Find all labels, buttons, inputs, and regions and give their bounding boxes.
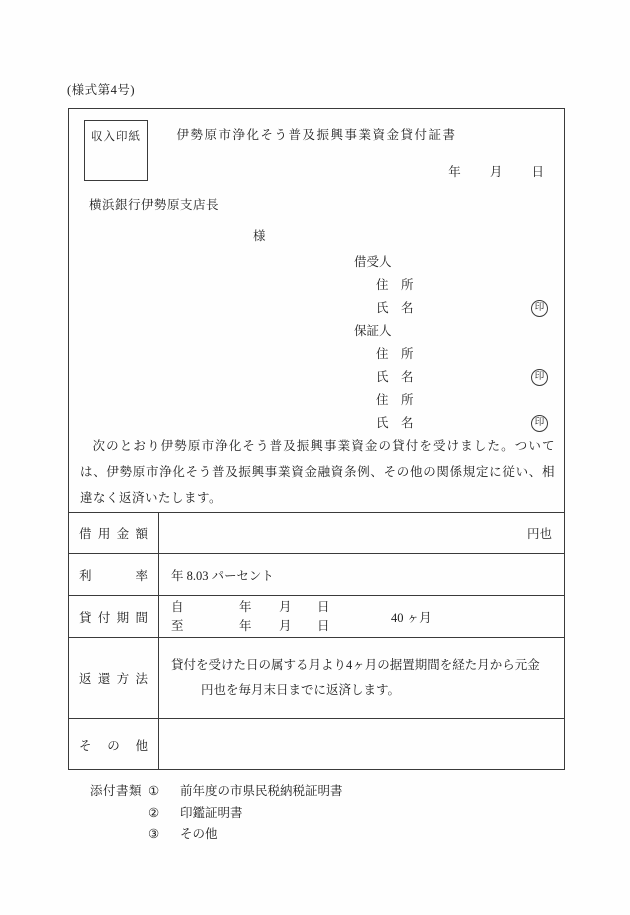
period-to-label: 至 — [171, 617, 239, 636]
document-page: (様式第4号) 収入印紙 伊勢原市浄化そう普及振興事業資金貸付証書 年 月 日 … — [0, 0, 630, 915]
other-value-cell — [159, 719, 564, 770]
method-label: 返 還 方 法 — [79, 669, 148, 687]
period-year-label: 年 — [239, 617, 279, 636]
date-line: 年 月 日 — [448, 162, 544, 180]
certificate-border-box: 収入印紙 伊勢原市浄化そう普及振興事業資金貸付証書 年 月 日 横浜銀行伊勢原支… — [68, 108, 565, 770]
borrower-address-row: 住 所 — [354, 274, 554, 297]
guarantor2-name-row: 氏 名 印 — [354, 412, 554, 435]
period-to-line: 至年月日 — [171, 617, 330, 636]
other-label: そ の 他 — [79, 736, 148, 754]
rate-label: 利 率 — [79, 566, 148, 584]
table-row-method: 返 還 方 法 貸付を受けた日の属する月より4ヶ月の据置期間を経た月から元金 円… — [69, 637, 564, 718]
seal-icon: 印 — [531, 415, 548, 432]
other-label-cell: そ の 他 — [69, 719, 159, 770]
guarantor2-address-row: 住 所 — [354, 389, 554, 412]
guarantor-label: 保証人 — [354, 320, 554, 343]
rate-value: 年 8.03 パーセント — [171, 566, 274, 584]
attachment-number: ② — [148, 803, 180, 825]
period-month-label: 月 — [279, 598, 317, 617]
attachment-item: 添付書類①前年度の市県民税納税証明書 — [90, 781, 343, 803]
guarantor1-name-row: 氏 名 印 — [354, 366, 554, 389]
period-day-label: 日 — [317, 617, 330, 636]
period-day-label: 日 — [317, 598, 330, 617]
address-label: 住 所 — [376, 278, 414, 292]
period-dates: 自年月日 至年月日 — [171, 598, 330, 636]
addressee-name: 横浜銀行伊勢原支店長 — [89, 195, 219, 213]
attachment-number: ① — [148, 781, 180, 803]
attachments-list: 添付書類①前年度の市県民税納税証明書 ②印鑑証明書 ③その他 — [90, 781, 343, 846]
borrower-name-row: 氏 名 印 — [354, 297, 554, 320]
attachment-number: ③ — [148, 824, 180, 846]
period-value-cell: 自年月日 至年月日 40 ヶ月 — [159, 596, 564, 637]
amount-value-cell: 円也 — [159, 513, 564, 553]
method-value-cell: 貸付を受けた日の属する月より4ヶ月の据置期間を経た月から元金 円也を毎月末日まで… — [159, 638, 564, 718]
period-duration: 40 ヶ月 — [391, 596, 432, 637]
amount-label: 借 用 金 額 — [79, 524, 148, 542]
loan-terms-table: 借 用 金 額 円也 利 率 年 8.03 パーセント 貸 付 期 間 — [69, 512, 564, 770]
period-from-label: 自 — [171, 598, 239, 617]
date-month-label: 月 — [490, 165, 503, 179]
addressee-honorific: 様 — [253, 226, 266, 244]
attachment-item: ③その他 — [90, 824, 343, 846]
period-from-line: 自年月日 — [171, 598, 330, 617]
period-year-label: 年 — [239, 598, 279, 617]
table-row-other: そ の 他 — [69, 718, 564, 770]
rate-label-cell: 利 率 — [69, 554, 159, 595]
borrower-label: 借受人 — [354, 251, 554, 274]
form-number: (様式第4号) — [67, 80, 135, 98]
method-line1: 貸付を受けた日の属する月より4ヶ月の据置期間を経た月から元金 — [171, 653, 540, 678]
name-label: 氏 名 — [376, 416, 414, 430]
period-label: 貸 付 期 間 — [79, 608, 148, 626]
attachment-text: 前年度の市県民税納税証明書 — [180, 784, 343, 798]
rate-value-cell: 年 8.03 パーセント — [159, 554, 564, 595]
name-label: 氏 名 — [376, 370, 414, 384]
method-text: 貸付を受けた日の属する月より4ヶ月の据置期間を経た月から元金 円也を毎月末日まで… — [171, 653, 540, 703]
document-title: 伊勢原市浄化そう普及振興事業資金貸付証書 — [69, 125, 564, 143]
seal-icon: 印 — [531, 369, 548, 386]
date-day-label: 日 — [531, 165, 544, 179]
guarantor1-address-row: 住 所 — [354, 343, 554, 366]
name-label: 氏 名 — [376, 301, 414, 315]
declaration-paragraph: 次のとおり伊勢原市浄化そう普及振興事業資金の貸付を受けました。ついては、伊勢原市… — [80, 433, 555, 511]
method-label-cell: 返 還 方 法 — [69, 638, 159, 718]
method-line2: 円也を毎月末日までに返済します。 — [171, 678, 540, 703]
table-row-rate: 利 率 年 8.03 パーセント — [69, 553, 564, 595]
period-label-cell: 貸 付 期 間 — [69, 596, 159, 637]
attachment-text: その他 — [180, 827, 218, 841]
table-row-period: 貸 付 期 間 自年月日 至年月日 40 ヶ月 — [69, 595, 564, 637]
amount-unit: 円也 — [527, 524, 552, 542]
address-label: 住 所 — [376, 393, 414, 407]
date-year-label: 年 — [448, 165, 461, 179]
seal-icon: 印 — [531, 300, 548, 317]
attachments-label: 添付書類 — [90, 781, 148, 803]
period-month-label: 月 — [279, 617, 317, 636]
attachment-text: 印鑑証明書 — [180, 806, 243, 820]
table-row-amount: 借 用 金 額 円也 — [69, 512, 564, 553]
address-label: 住 所 — [376, 347, 414, 361]
amount-label-cell: 借 用 金 額 — [69, 513, 159, 553]
attachment-item: ②印鑑証明書 — [90, 803, 343, 825]
parties-block: 借受人 住 所 氏 名 印 保証人 住 所 氏 名 印 住 所 氏 名 印 — [354, 251, 554, 435]
